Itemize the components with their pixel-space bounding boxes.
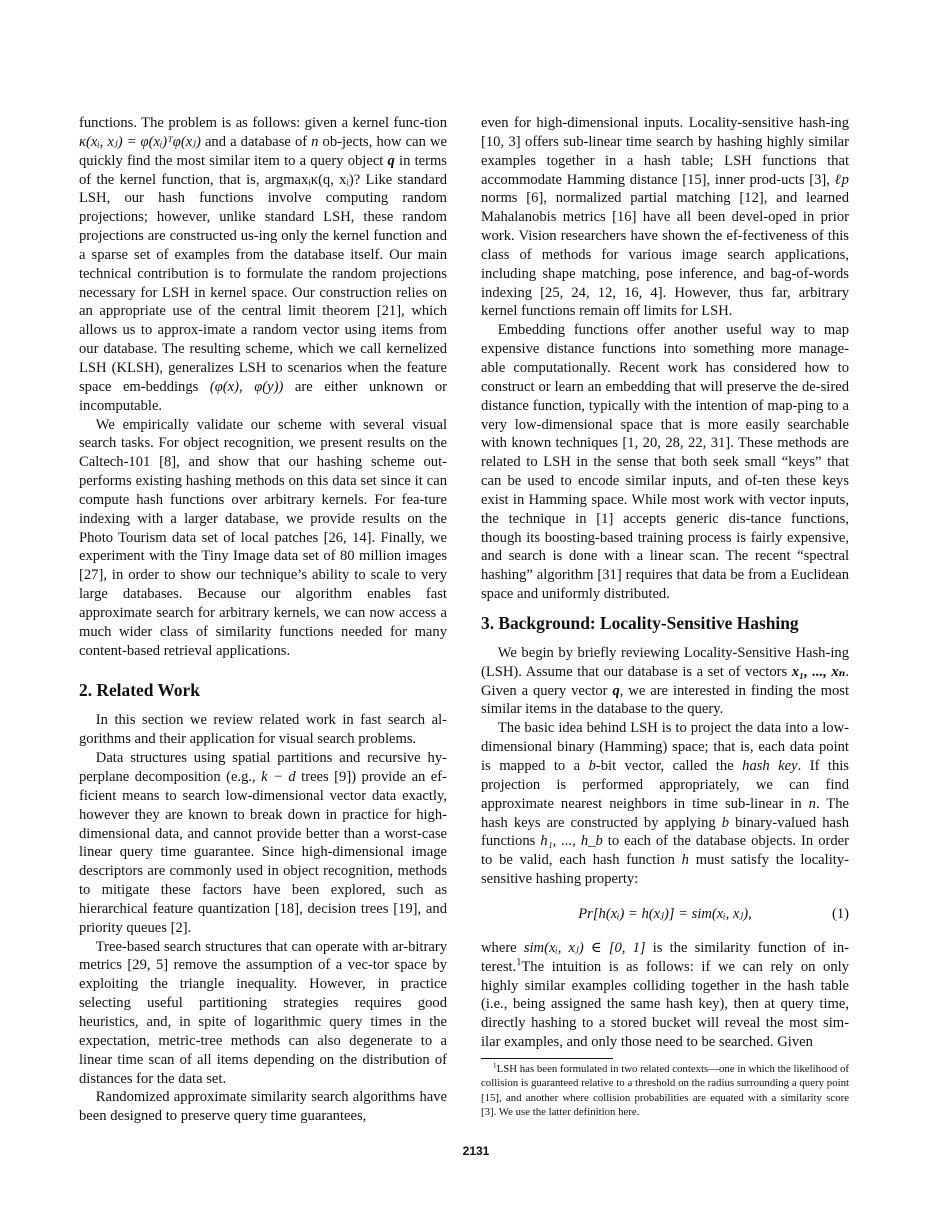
intro-paragraph-1: functions. The problem is as follows: gi…: [79, 114, 447, 416]
section-heading-related-work: 2. Related Work: [79, 679, 447, 701]
related-work-paragraph-1: In this section we review related work i…: [79, 711, 447, 749]
related-work-continued: even for high-dimensional inputs. Locali…: [481, 114, 849, 321]
related-work-paragraph-3: Tree-based search structures that can op…: [79, 938, 447, 1089]
background-paragraph-1: We begin by briefly reviewing Locality-S…: [481, 644, 849, 719]
background-paragraph-2: The basic idea behind LSH is to project …: [481, 719, 849, 889]
math-b: b: [589, 758, 596, 774]
left-column: functions. The problem is as follows: gi…: [79, 114, 447, 1126]
related-work-paragraph-4: Randomized approximate similarity search…: [79, 1088, 447, 1126]
text-run: The intuition is as follows: if we can r…: [481, 959, 849, 1050]
math-n: n: [809, 796, 816, 812]
embedding-formula: (φ(x), φ(y)): [210, 379, 283, 395]
math-vectors: x₁, ..., xₙ: [792, 664, 846, 680]
text-run: trees [9]) provide an ef-ficient means t…: [79, 769, 447, 936]
text-run: -bit vector, called the: [596, 758, 742, 774]
equation-number: (1): [832, 894, 849, 934]
equation-1: Pr[h(xᵢ) = h(xⱼ)] = sim(xᵢ, xⱼ), (1): [481, 894, 849, 934]
related-work-paragraph-5: Embedding functions offer another useful…: [481, 321, 849, 604]
argmax-formula: argmaxᵢκ(q, xᵢ): [265, 172, 354, 188]
page-number: 2131: [0, 1142, 952, 1161]
math-q: q: [612, 683, 619, 699]
term-hash-key: hash key: [742, 758, 797, 774]
footnote-divider: [481, 1058, 613, 1059]
text-run: even for high-dimensional inputs. Locali…: [481, 115, 849, 188]
math-lp: ℓp: [835, 172, 849, 188]
paper-page: functions. The problem is as follows: gi…: [0, 0, 952, 1232]
math-hash-functions: h₁, ..., h_b: [540, 833, 603, 849]
text-run: LSH has been formulated in two related c…: [481, 1063, 849, 1118]
math-sim: sim(xᵢ, xⱼ) ∈ [0, 1]: [524, 940, 646, 956]
section-heading-background: 3. Background: Locality-Sensitive Hashin…: [481, 612, 849, 634]
text-run: functions. The problem is as follows: gi…: [79, 115, 447, 131]
math-kd: k − d: [261, 769, 296, 785]
footnote: 1LSH has been formulated in two related …: [481, 1062, 849, 1119]
math-q: q: [388, 153, 395, 169]
background-paragraph-3: where sim(xᵢ, xⱼ) ∈ [0, 1] is the simila…: [481, 939, 849, 1052]
equation-body: Pr[h(xᵢ) = h(xⱼ)] = sim(xᵢ, xⱼ),: [578, 906, 751, 922]
text-run: norms [6], normalized partial matching […: [481, 190, 849, 319]
math-h: h: [682, 852, 689, 868]
math-b: b: [722, 815, 729, 831]
kernel-formula: κ(xᵢ, xⱼ) = φ(xᵢ)ᵀφ(xⱼ): [79, 134, 201, 150]
intro-paragraph-2: We empirically validate our scheme with …: [79, 416, 447, 661]
text-run: where: [481, 940, 524, 956]
related-work-paragraph-2: Data structures using spatial partitions…: [79, 749, 447, 937]
text-run: and a database of: [201, 134, 311, 150]
right-column: even for high-dimensional inputs. Locali…: [481, 114, 849, 1119]
text-run: ? Like standard LSH, our hash functions …: [79, 172, 447, 395]
footnote-text: 1LSH has been formulated in two related …: [481, 1062, 849, 1119]
